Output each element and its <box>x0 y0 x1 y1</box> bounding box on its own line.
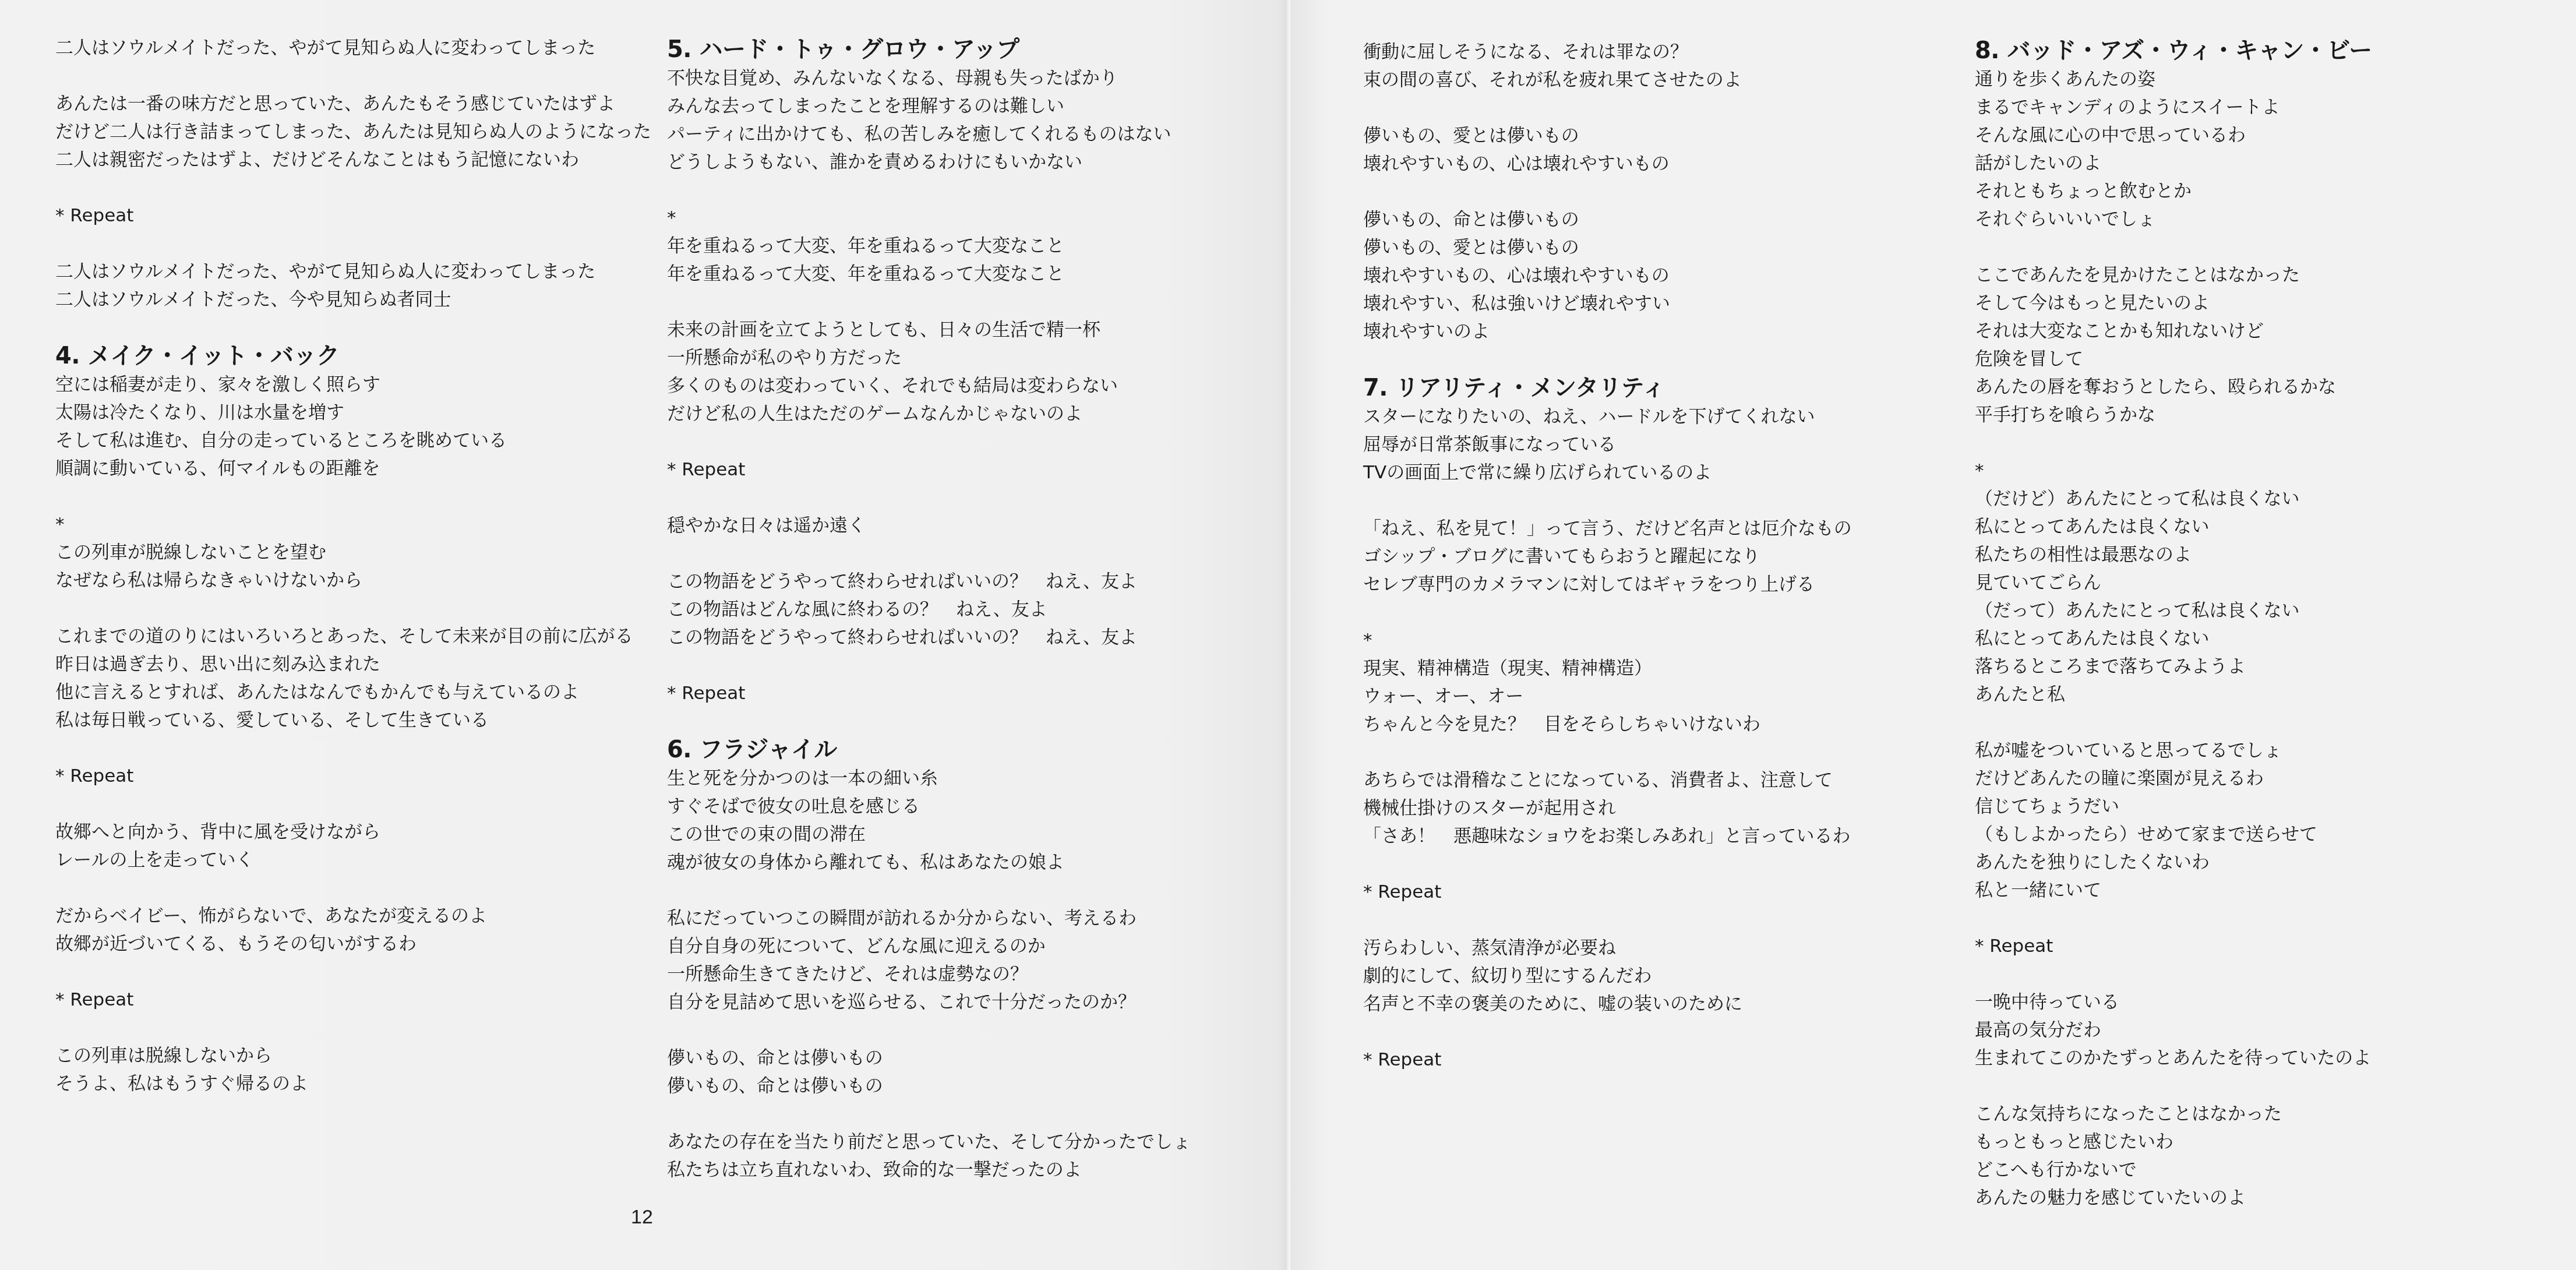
lyric-line: 儚いもの、愛とは儚いもの <box>1363 234 1852 262</box>
song-title: 8. バッド・アズ・ウィ・キャン・ビー <box>1975 36 2372 65</box>
lyric-line: すぐそばで彼女の吐息を感じる <box>667 792 1191 820</box>
stanza-break <box>55 482 651 510</box>
lyric-line: どうしようもない、誰かを責めるわけにもいかない <box>667 148 1191 176</box>
lyric-line: 穏やかな日々は遥か遠く <box>667 511 1191 539</box>
stanza-break <box>1363 850 1852 878</box>
lyric-line: 多くのものは変わっていく、それでも結局は変わらない <box>667 372 1191 400</box>
stanza-break <box>55 62 651 90</box>
lyric-line: 二人はソウルメイトだった、今や見知らぬ者同士 <box>55 285 651 313</box>
lyric-line: そして私は進む、自分の走っているところを眺めている <box>55 426 651 454</box>
lyric-line: * Repeat <box>1363 1046 1852 1074</box>
lyric-line: 壊れやすい、私は強いけど壊れやすい <box>1363 290 1852 317</box>
lyric-line: 私にだっていつこの瞬間が訪れるか分からない、考えるわ <box>667 904 1191 932</box>
stanza-break <box>667 484 1191 511</box>
lyric-line: それともちょっと飲むとか <box>1975 177 2372 205</box>
lyric-line: あんたの魅力を感じていたいのよ <box>1975 1184 2372 1212</box>
lyric-line: スターになりたいの、ねえ、ハードルを下げてくれない <box>1363 403 1852 431</box>
lyric-line: まるでキャンディのようにスイートよ <box>1975 93 2372 121</box>
lyric-line: セレブ専門のカメラマンに対してはギャラをつり上げる <box>1363 570 1852 598</box>
stanza-break <box>1363 486 1852 514</box>
lyric-line: 太陽は冷たくなり、川は水量を増す <box>55 398 651 426</box>
lyric-line: 落ちるところまで落ちてみようよ <box>1975 652 2372 680</box>
spacer <box>55 313 651 341</box>
lyric-line: 劇的にして、紋切り型にするんだわ <box>1363 962 1852 990</box>
stanza-break <box>1363 1018 1852 1046</box>
stanza-break <box>667 288 1191 316</box>
lyric-line: * <box>55 510 651 538</box>
lyric-line: だけどあんたの瞳に楽園が見えるわ <box>1975 764 2372 792</box>
song-5-lyrics: 不快な目覚め、みんないなくなる、母親も失ったばかりみんな去ってしまったことを理解… <box>667 64 1191 707</box>
lyric-line: 空には稲妻が走り、家々を激しく照らす <box>55 371 651 398</box>
song-7-lyrics: スターになりたいの、ねえ、ハードルを下げてくれない屈辱が日常茶飯事になっているT… <box>1363 403 1852 1074</box>
stanza-break <box>667 876 1191 904</box>
lyric-line: 束の間の喜び、それが私を疲れ果てさせたのよ <box>1363 66 1852 94</box>
stanza-break <box>1975 429 2372 457</box>
song-4: 4. メイク・イット・バック 空には稲妻が走り、家々を激しく照らす太陽は冷たくな… <box>55 341 651 1098</box>
page-number: 12 <box>631 1206 653 1229</box>
lyric-line: 年を重ねるって大変、年を重ねるって大変なこと <box>667 232 1191 260</box>
lyric-line: * Repeat <box>1975 932 2372 960</box>
lyric-line: 機械仕掛けのスターが起用され <box>1363 794 1852 822</box>
stanza-break <box>1363 178 1852 206</box>
stanza-break <box>55 734 651 762</box>
lyric-line: 通りを歩くあんたの姿 <box>1975 65 2372 93</box>
lyric-line: 話がしたいのよ <box>1975 149 2372 177</box>
column-3: 衝動に屈しそうになる、それは罪なの？束の間の喜び、それが私を疲れ果てさせたのよ儚… <box>1363 38 1852 1074</box>
lyric-line: 屈辱が日常茶飯事になっている <box>1363 431 1852 458</box>
lyric-line: そうよ、私はもうすぐ帰るのよ <box>55 1070 651 1098</box>
lyric-line: （だけど）あんたにとって私は良くない <box>1975 485 2372 513</box>
column-4: 8. バッド・アズ・ウィ・キャン・ビー 通りを歩くあんたの姿まるでキャンディのよ… <box>1975 36 2372 1212</box>
lyric-line: そして今はもっと見たいのよ <box>1975 289 2372 317</box>
stanza-break <box>667 651 1191 679</box>
lyric-line: この物語はどんな風に終わるの？ ねえ、友よ <box>667 595 1191 623</box>
song3-continued: 二人はソウルメイトだった、やがて見知らぬ人に変わってしまったあんたは一番の味方だ… <box>55 34 651 313</box>
lyric-line: レールの上を走っていく <box>55 846 651 874</box>
lyric-line: 生と死を分かつのは一本の細い糸 <box>667 764 1191 792</box>
song6-continued: 衝動に屈しそうになる、それは罪なの？束の間の喜び、それが私を疲れ果てさせたのよ儚… <box>1363 38 1852 345</box>
song-6-lyrics: 生と死を分かつのは一本の細い糸すぐそばで彼女の吐息を感じるこの世での束の間の滞在… <box>667 764 1191 1184</box>
lyric-line: この物語をどうやって終わらせればいいの？ ねえ、友よ <box>667 623 1191 651</box>
lyric-line: この列車は脱線しないから <box>55 1042 651 1070</box>
lyric-line: 不快な目覚め、みんないなくなる、母親も失ったばかり <box>667 64 1191 92</box>
lyric-line: こんな気持ちになったことはなかった <box>1975 1100 2372 1128</box>
lyric-line: 「さあ！ 悪趣味なショウをお楽しみあれ」と言っているわ <box>1363 822 1852 850</box>
stanza-break <box>1975 960 2372 988</box>
lyric-line: それぐらいいいでしょ <box>1975 205 2372 233</box>
lyric-line: そんな風に心の中で思っているわ <box>1975 121 2372 149</box>
lyric-line: 自分を見詰めて思いを巡らせる、これで十分だったのか？ <box>667 988 1191 1016</box>
lyric-line: 見ていてごらん <box>1975 569 2372 597</box>
lyric-line: あちらでは滑稽なことになっている、消費者よ、注意して <box>1363 766 1852 794</box>
lyric-line: ウォー、オー、オー <box>1363 682 1852 710</box>
lyric-line: 一所懸命が私のやり方だった <box>667 344 1191 372</box>
stanza-break <box>55 874 651 902</box>
lyric-line: ここであんたを見かけたことはなかった <box>1975 261 2372 289</box>
lyric-line: 私にとってあんたは良くない <box>1975 513 2372 541</box>
stanza-break <box>55 174 651 202</box>
lyric-line: 順調に動いている、何マイルもの距離を <box>55 454 651 482</box>
lyric-line: あんたと私 <box>1975 680 2372 708</box>
lyric-line: * Repeat <box>667 456 1191 484</box>
song-8-lyrics: 通りを歩くあんたの姿まるでキャンディのようにスイートよそんな風に心の中で思ってい… <box>1975 65 2372 1212</box>
song-8: 8. バッド・アズ・ウィ・キャン・ビー 通りを歩くあんたの姿まるでキャンディのよ… <box>1975 36 2372 1212</box>
lyric-line: 最高の気分だわ <box>1975 1016 2372 1044</box>
lyric-line: 壊れやすいもの、心は壊れやすいもの <box>1363 150 1852 178</box>
lyric-line: どこへも行かないで <box>1975 1156 2372 1184</box>
lyric-line: 私たちは立ち直れないわ、致命的な一撃だったのよ <box>667 1156 1191 1184</box>
stanza-break <box>667 539 1191 567</box>
column-1: 二人はソウルメイトだった、やがて見知らぬ人に変わってしまったあんたは一番の味方だ… <box>55 34 651 1098</box>
lyric-line: * Repeat <box>55 986 651 1014</box>
lyric-line: 二人はソウルメイトだった、やがて見知らぬ人に変わってしまった <box>55 257 651 285</box>
stanza-break <box>55 230 651 257</box>
stanza-break <box>55 1014 651 1042</box>
lyric-line: あなたの存在を当たり前だと思っていた、そして分かったでしょ <box>667 1128 1191 1156</box>
lyric-line: 儚いもの、命とは儚いもの <box>667 1044 1191 1072</box>
stanza-break <box>1363 906 1852 934</box>
lyric-line: 壊れやすいもの、心は壊れやすいもの <box>1363 262 1852 290</box>
lyric-line: だけど私の人生はただのゲームなんかじゃないのよ <box>667 400 1191 428</box>
stanza-break <box>1975 1072 2372 1100</box>
song-6: 6. フラジャイル 生と死を分かつのは一本の細い糸すぐそばで彼女の吐息を感じるこ… <box>667 735 1191 1184</box>
left-page-12: 二人はソウルメイトだった、やがて見知らぬ人に変わってしまったあんたは一番の味方だ… <box>0 0 1290 1270</box>
lyric-line: 汚らわしい、蒸気清浄が必要ね <box>1363 934 1852 962</box>
lyric-line: 私たちの相性は最悪なのよ <box>1975 541 2372 569</box>
stanza-break <box>667 428 1191 456</box>
lyric-line: 未来の計画を立てようとしても、日々の生活で精一杯 <box>667 316 1191 344</box>
lyric-line: 儚いもの、命とは儚いもの <box>1363 206 1852 234</box>
stanza-break <box>1975 708 2372 736</box>
lyric-line: 故郷へと向かう、背中に風を受けながら <box>55 818 651 846</box>
column-2: 5. ハード・トゥ・グロウ・アップ 不快な目覚め、みんないなくなる、母親も失った… <box>667 35 1191 1184</box>
lyric-line: 二人は親密だったはずよ、だけどそんなことはもう記憶にないわ <box>55 146 651 174</box>
stanza-break <box>1363 598 1852 626</box>
lyric-line: 私は毎日戦っている、愛している、そして生きている <box>55 706 651 734</box>
lyric-line: パーティに出かけても、私の苦しみを癒してくれるものはない <box>667 120 1191 148</box>
lyric-line: 衝動に屈しそうになる、それは罪なの？ <box>1363 38 1852 66</box>
lyric-line: なぜなら私は帰らなきゃいけないから <box>55 566 651 594</box>
song-title: 4. メイク・イット・バック <box>55 341 651 371</box>
stanza-break <box>667 1016 1191 1044</box>
song-5: 5. ハード・トゥ・グロウ・アップ 不快な目覚め、みんないなくなる、母親も失った… <box>667 35 1191 707</box>
lyric-line: みんな去ってしまったことを理解するのは難しい <box>667 92 1191 120</box>
lyric-line: この物語をどうやって終わらせればいいの？ ねえ、友よ <box>667 567 1191 595</box>
stanza-break <box>1363 738 1852 766</box>
lyric-line: 名声と不幸の褒美のために、嘘の装いのために <box>1363 990 1852 1018</box>
lyric-line: あんたは一番の味方だと思っていた、あんたもそう感じていたはずよ <box>55 90 651 118</box>
lyric-line: この列車が脱線しないことを望む <box>55 538 651 566</box>
spacer <box>667 707 1191 735</box>
lyric-line: 現実、精神構造（現実、精神構造） <box>1363 654 1852 682</box>
lyric-line: あんたの唇を奪おうとしたら、殴られるかな <box>1975 373 2372 401</box>
lyric-line: 故郷が近づいてくる、もうその匂いがするわ <box>55 930 651 958</box>
lyric-line: 儚いもの、愛とは儚いもの <box>1363 122 1852 150</box>
lyric-line: ゴシップ・ブログに書いてもらおうと躍起になり <box>1363 542 1852 570</box>
stanza-break <box>55 594 651 622</box>
song-4-lyrics: 空には稲妻が走り、家々を激しく照らす太陽は冷たくなり、川は水量を増すそして私は進… <box>55 371 651 1098</box>
stanza-break <box>1363 94 1852 122</box>
lyric-line: 危険を冒して <box>1975 345 2372 373</box>
lyric-line: * Repeat <box>667 679 1191 707</box>
lyric-line: 二人はソウルメイトだった、やがて見知らぬ人に変わってしまった <box>55 34 651 62</box>
lyric-line: もっともっと感じたいわ <box>1975 1128 2372 1156</box>
lyric-line: * <box>1975 457 2372 485</box>
lyric-line: 一所懸命生きてきたけど、それは虚勢なの？ <box>667 960 1191 988</box>
lyric-line: * Repeat <box>55 202 651 230</box>
lyric-line: （だって）あんたにとって私は良くない <box>1975 597 2372 625</box>
lyric-line: 私と一緒にいて <box>1975 876 2372 904</box>
lyric-line: あんたを独りにしたくないわ <box>1975 848 2372 876</box>
lyric-line: 「ねえ、私を見て！」って言う、だけど名声とは厄介なもの <box>1363 514 1852 542</box>
lyric-line: 他に言えるとすれば、あんたはなんでもかんでも与えているのよ <box>55 678 651 706</box>
lyric-line: 私が嘘をついていると思ってるでしょ <box>1975 736 2372 764</box>
spacer <box>1363 345 1852 373</box>
stanza-break <box>667 1100 1191 1128</box>
lyric-line: 私にとってあんたは良くない <box>1975 625 2372 652</box>
lyric-line: 魂が彼女の身体から離れても、私はあなたの娘よ <box>667 848 1191 876</box>
lyric-line: 儚いもの、命とは儚いもの <box>667 1072 1191 1100</box>
lyric-line: * <box>1363 626 1852 654</box>
lyric-line: 生まれてこのかたずっとあんたを待っていたのよ <box>1975 1044 2372 1072</box>
lyric-line: （もしよかったら）せめて家まで送らせて <box>1975 820 2372 848</box>
song-title: 5. ハード・トゥ・グロウ・アップ <box>667 35 1191 64</box>
lyric-line: 平手打ちを喰らうかな <box>1975 401 2372 429</box>
lyric-line: * Repeat <box>55 762 651 790</box>
stanza-break <box>55 790 651 818</box>
lyric-line: だけど二人は行き詰まってしまった、あんたは見知らぬ人のようになった <box>55 118 651 146</box>
lyric-line: この世での束の間の滞在 <box>667 820 1191 848</box>
lyric-line: * Repeat <box>1363 878 1852 906</box>
stanza-break <box>1975 904 2372 932</box>
stanza-break <box>1975 233 2372 261</box>
lyric-line: 信じてちょうだい <box>1975 792 2372 820</box>
lyric-line: これまでの道のりにはいろいろとあった、そして未来が目の前に広がる <box>55 622 651 650</box>
lyric-line: 自分自身の死について、どんな風に迎えるのか <box>667 932 1191 960</box>
lyric-line: * <box>667 204 1191 232</box>
lyric-line: それは大変なことかも知れないけど <box>1975 317 2372 345</box>
stanza-break <box>667 176 1191 204</box>
lyric-line: 年を重ねるって大変、年を重ねるって大変なこと <box>667 260 1191 288</box>
song-7: 7. リアリティ・メンタリティ スターになりたいの、ねえ、ハードルを下げてくれな… <box>1363 373 1852 1074</box>
lyric-line: だからベイビー、怖がらないで、あなたが変えるのよ <box>55 902 651 930</box>
lyric-line: TVの画面上で常に繰り広げられているのよ <box>1363 458 1852 486</box>
lyric-line: ちゃんと今を見た？ 目をそらしちゃいけないわ <box>1363 710 1852 738</box>
stanza-break <box>55 958 651 986</box>
song-title: 6. フラジャイル <box>667 735 1191 764</box>
song-title: 7. リアリティ・メンタリティ <box>1363 373 1852 403</box>
lyric-line: 一晩中待っている <box>1975 988 2372 1016</box>
lyric-line: 壊れやすいのよ <box>1363 317 1852 345</box>
lyric-line: 昨日は過ぎ去り、思い出に刻み込まれた <box>55 650 651 678</box>
